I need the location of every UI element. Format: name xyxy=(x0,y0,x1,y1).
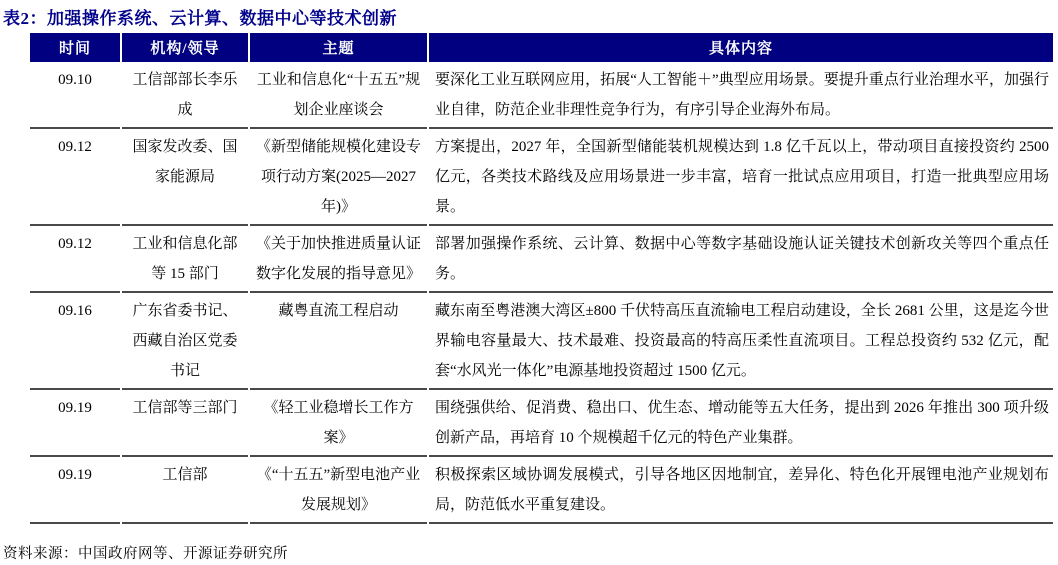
cell-org: 广东省委书记、西藏自治区党委书记 xyxy=(122,293,248,390)
cell-topic: 《关于加快推进质量认证数字化发展的指导意见》 xyxy=(250,226,427,293)
cell-org: 工信部等三部门 xyxy=(122,390,248,457)
report-table-page: 表2：加强操作系统、云计算、数据中心等技术创新 时间 机构/领导 主题 具体内容… xyxy=(0,0,1058,565)
cell-content: 要深化工业互联网应用，拓展“人工智能＋”典型应用场景。要提升重点行业治理水平，加… xyxy=(429,62,1053,129)
table-header-row: 时间 机构/领导 主题 具体内容 xyxy=(30,33,1053,62)
cell-time: 09.12 xyxy=(30,129,120,226)
column-header-org: 机构/领导 xyxy=(122,33,248,62)
cell-topic: 《轻工业稳增长工作方案》 xyxy=(250,390,427,457)
source-note: 资料来源：中国政府网等、开源证券研究所 xyxy=(3,542,288,563)
cell-time: 09.10 xyxy=(30,62,120,129)
cell-content: 积极探索区域协调发展模式，引导各地区因地制宜，差异化、特色化开展锂电池产业规划布… xyxy=(429,457,1053,524)
cell-org: 国家发改委、国家能源局 xyxy=(122,129,248,226)
cell-org: 工业和信息化部等 15 部门 xyxy=(122,226,248,293)
table-row: 09.12 工业和信息化部等 15 部门 《关于加快推进质量认证数字化发展的指导… xyxy=(30,226,1053,293)
policy-table: 时间 机构/领导 主题 具体内容 09.10 工信部部长李乐成 工业和信息化“十… xyxy=(28,33,1055,524)
cell-org: 工信部 xyxy=(122,457,248,524)
cell-content: 部署加强操作系统、云计算、数据中心等数字基础设施认证关键技术创新攻关等四个重点任… xyxy=(429,226,1053,293)
cell-content: 方案提出，2027 年，全国新型储能装机规模达到 1.8 亿千瓦以上，带动项目直… xyxy=(429,129,1053,226)
cell-content: 藏东南至粤港澳大湾区±800 千伏特高压直流输电工程启动建设，全长 2681 公… xyxy=(429,293,1053,390)
table-row: 09.12 国家发改委、国家能源局 《新型储能规模化建设专项行动方案(2025—… xyxy=(30,129,1053,226)
cell-time: 09.16 xyxy=(30,293,120,390)
cell-org: 工信部部长李乐成 xyxy=(122,62,248,129)
cell-time: 09.19 xyxy=(30,457,120,524)
table-row: 09.19 工信部 《“十五五”新型电池产业发展规划》 积极探索区域协调发展模式… xyxy=(30,457,1053,524)
cell-time: 09.12 xyxy=(30,226,120,293)
column-header-topic: 主题 xyxy=(250,33,427,62)
table-title: 表2：加强操作系统、云计算、数据中心等技术创新 xyxy=(3,4,397,29)
column-header-time: 时间 xyxy=(30,33,120,62)
cell-time: 09.19 xyxy=(30,390,120,457)
cell-topic: 《“十五五”新型电池产业发展规划》 xyxy=(250,457,427,524)
table-row: 09.19 工信部等三部门 《轻工业稳增长工作方案》 围绕强供给、促消费、稳出口… xyxy=(30,390,1053,457)
column-header-content: 具体内容 xyxy=(429,33,1053,62)
table-row: 09.10 工信部部长李乐成 工业和信息化“十五五”规划企业座谈会 要深化工业互… xyxy=(30,62,1053,129)
cell-topic: 《新型储能规模化建设专项行动方案(2025—2027 年)》 xyxy=(250,129,427,226)
cell-topic: 工业和信息化“十五五”规划企业座谈会 xyxy=(250,62,427,129)
cell-topic: 藏粤直流工程启动 xyxy=(250,293,427,390)
table-row: 09.16 广东省委书记、西藏自治区党委书记 藏粤直流工程启动 藏东南至粤港澳大… xyxy=(30,293,1053,390)
cell-content: 围绕强供给、促消费、稳出口、优生态、增动能等五大任务，提出到 2026 年推出 … xyxy=(429,390,1053,457)
